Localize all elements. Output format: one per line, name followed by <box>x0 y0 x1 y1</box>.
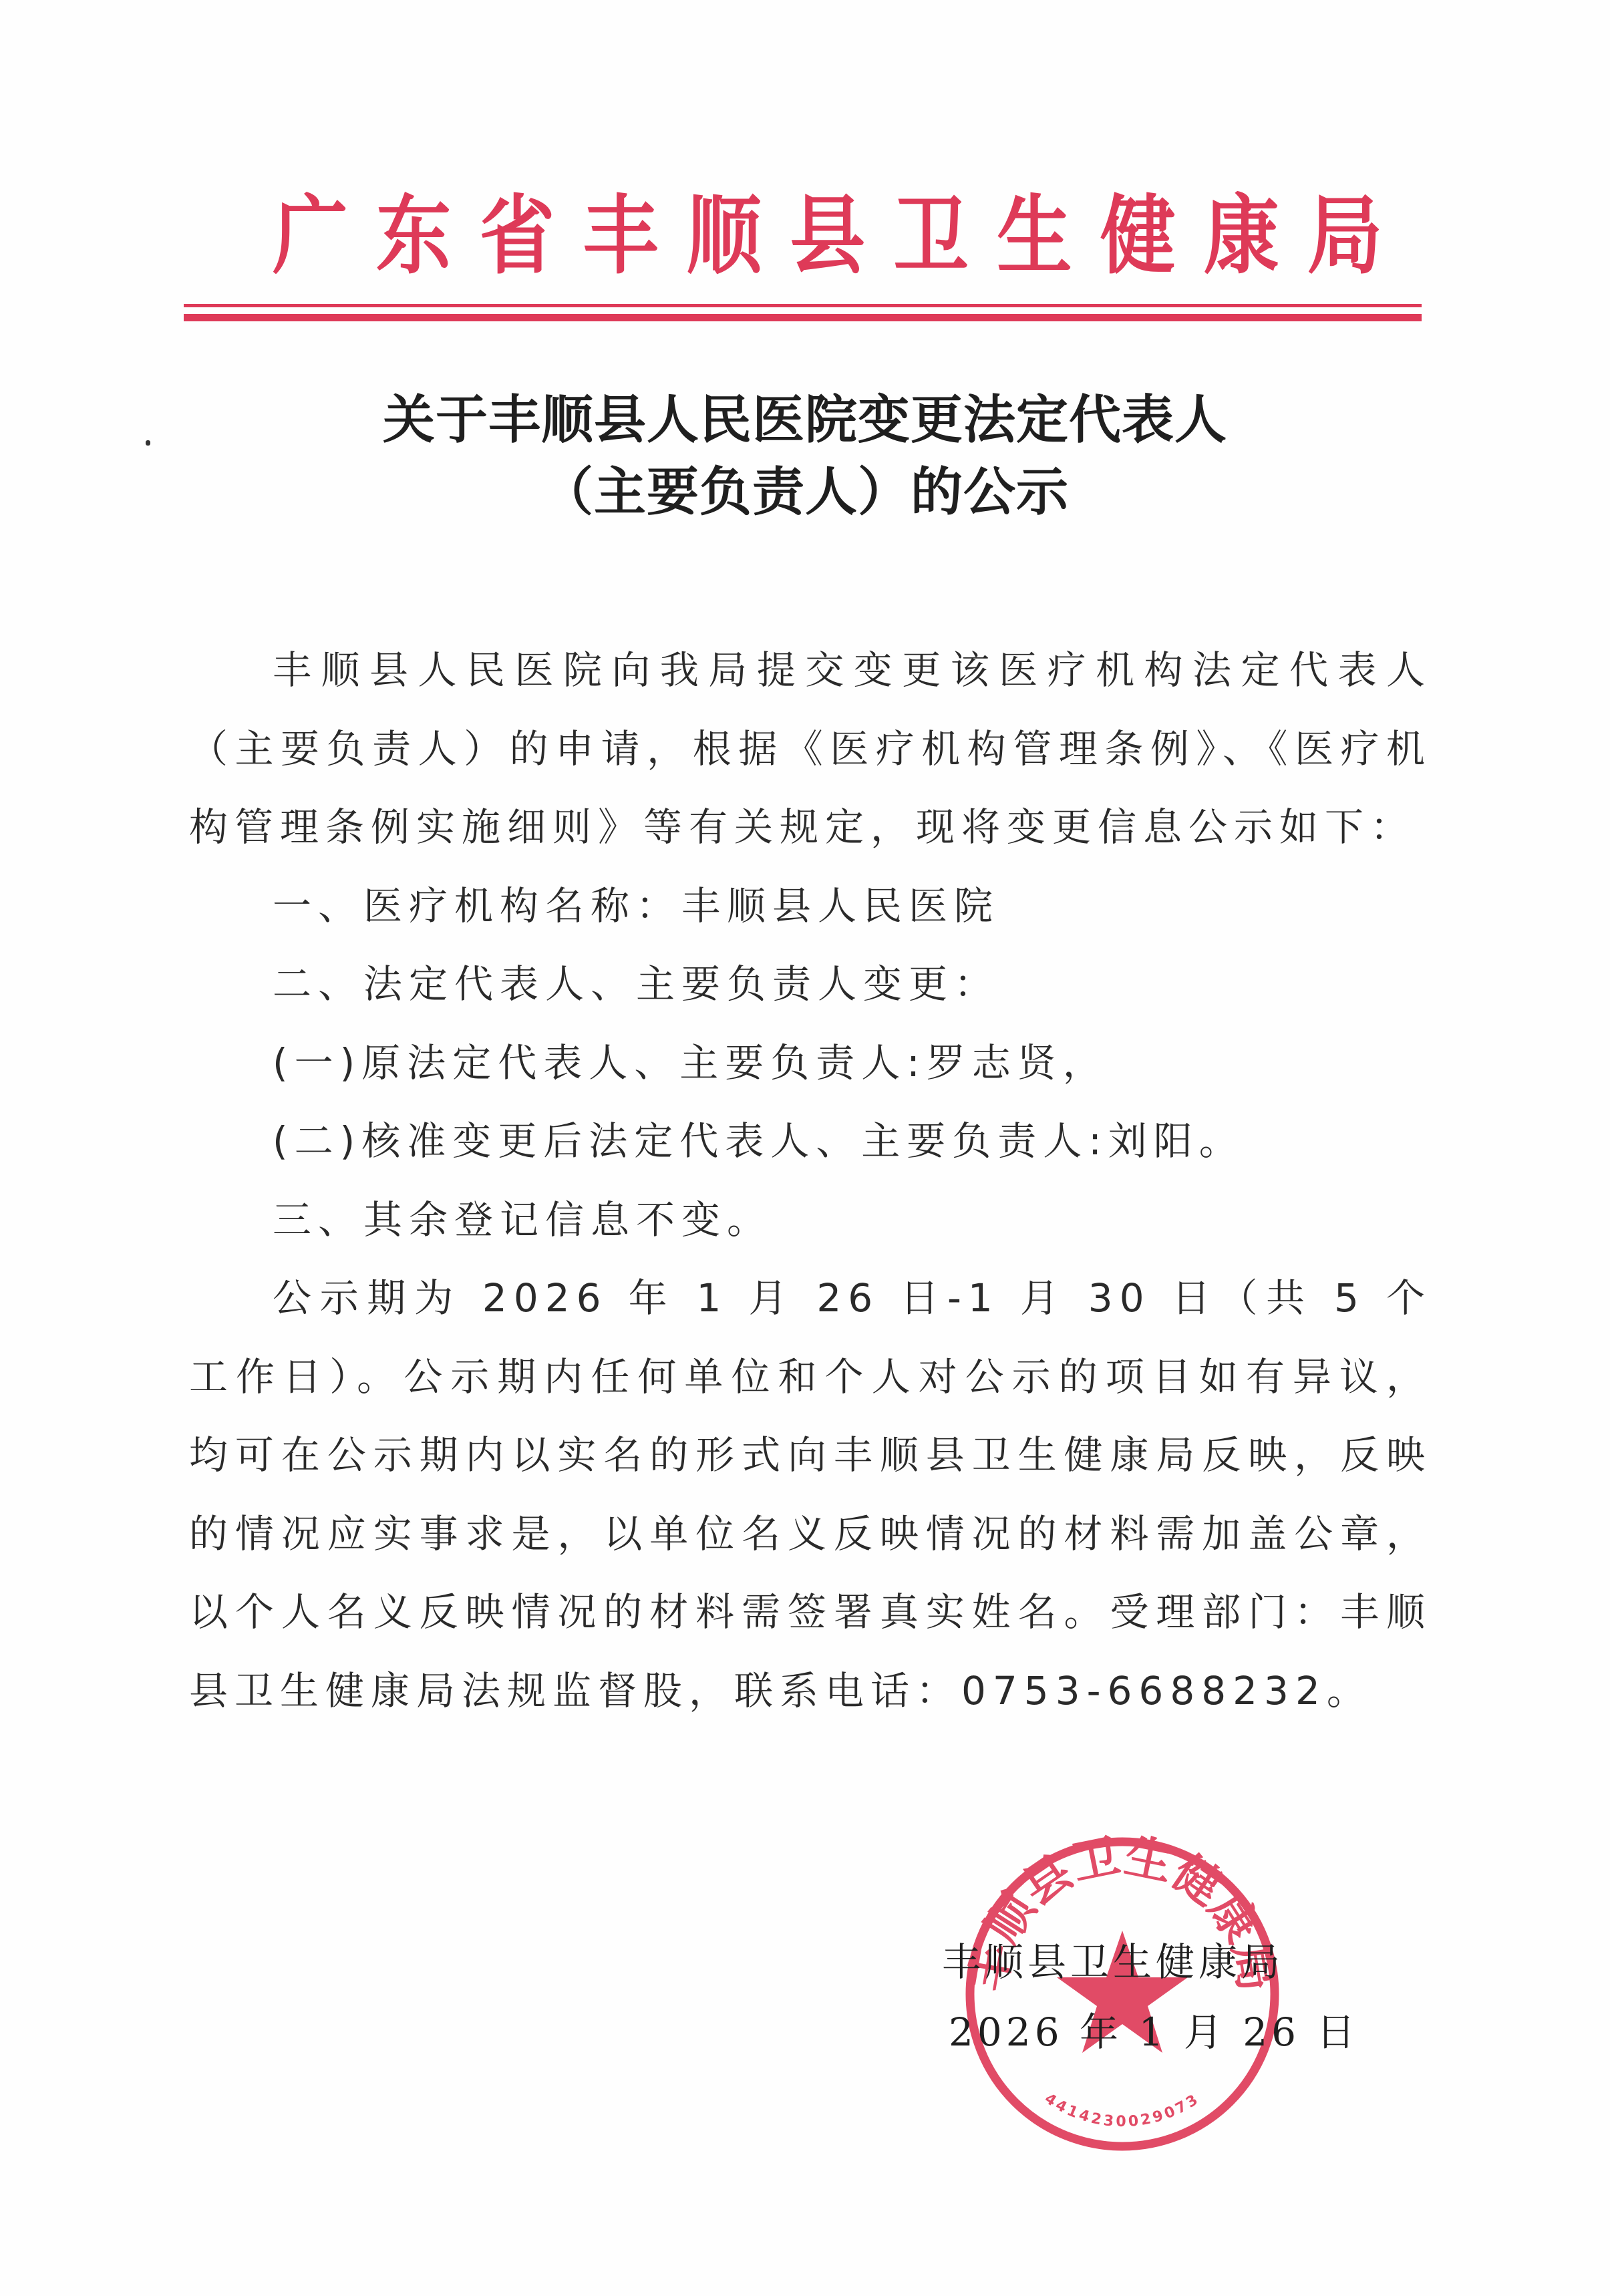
scan-speck <box>146 440 150 446</box>
item-other-info: 三、其余登记信息不变。 <box>189 1181 1432 1260</box>
document-body: 丰顺县人民医院向我局提交变更该医疗机构法定代表人（主要负责人）的申请，根据《医疗… <box>189 631 1432 1730</box>
letterhead-rule-thick <box>184 314 1422 321</box>
intro-paragraph: 丰顺县人民医院向我局提交变更该医疗机构法定代表人（主要负责人）的申请，根据《医疗… <box>189 631 1432 867</box>
item-new-representative: (二)核准变更后法定代表人、主要负责人:刘阳。 <box>189 1102 1432 1181</box>
signature-date: 2026 年 1 月 26 日 <box>942 1997 1316 2068</box>
letterhead-org-name: 广东省丰顺县卫生健康局 <box>273 179 1331 293</box>
title-line-2: （主要负责人）的公示 <box>200 456 1410 528</box>
item-representative-change: 二、法定代表人、主要负责人变更： <box>189 945 1432 1024</box>
document-page: 广东省丰顺县卫生健康局 关于丰顺县人民医院变更法定代表人 （主要负责人）的公示 … <box>0 0 1610 2296</box>
document-title: 关于丰顺县人民医院变更法定代表人 （主要负责人）的公示 <box>200 384 1410 528</box>
signature-block: 丰顺县卫生健康局 2026 年 1 月 26 日 <box>942 1927 1316 2068</box>
item-former-representative: (一)原法定代表人、主要负责人:罗志贤， <box>189 1024 1432 1103</box>
signature-org: 丰顺县卫生健康局 <box>942 1927 1316 1997</box>
item-institution-name: 一、医疗机构名称：丰顺县人民医院 <box>189 867 1432 946</box>
seal-code: 4414230029073 <box>1041 2090 1203 2130</box>
title-line-1: 关于丰顺县人民医院变更法定代表人 <box>200 384 1410 456</box>
letterhead-rule-thin <box>184 304 1422 307</box>
notice-paragraph: 公示期为 2026 年 1 月 26 日-1 月 30 日（共 5 个工作日）。… <box>189 1259 1432 1730</box>
